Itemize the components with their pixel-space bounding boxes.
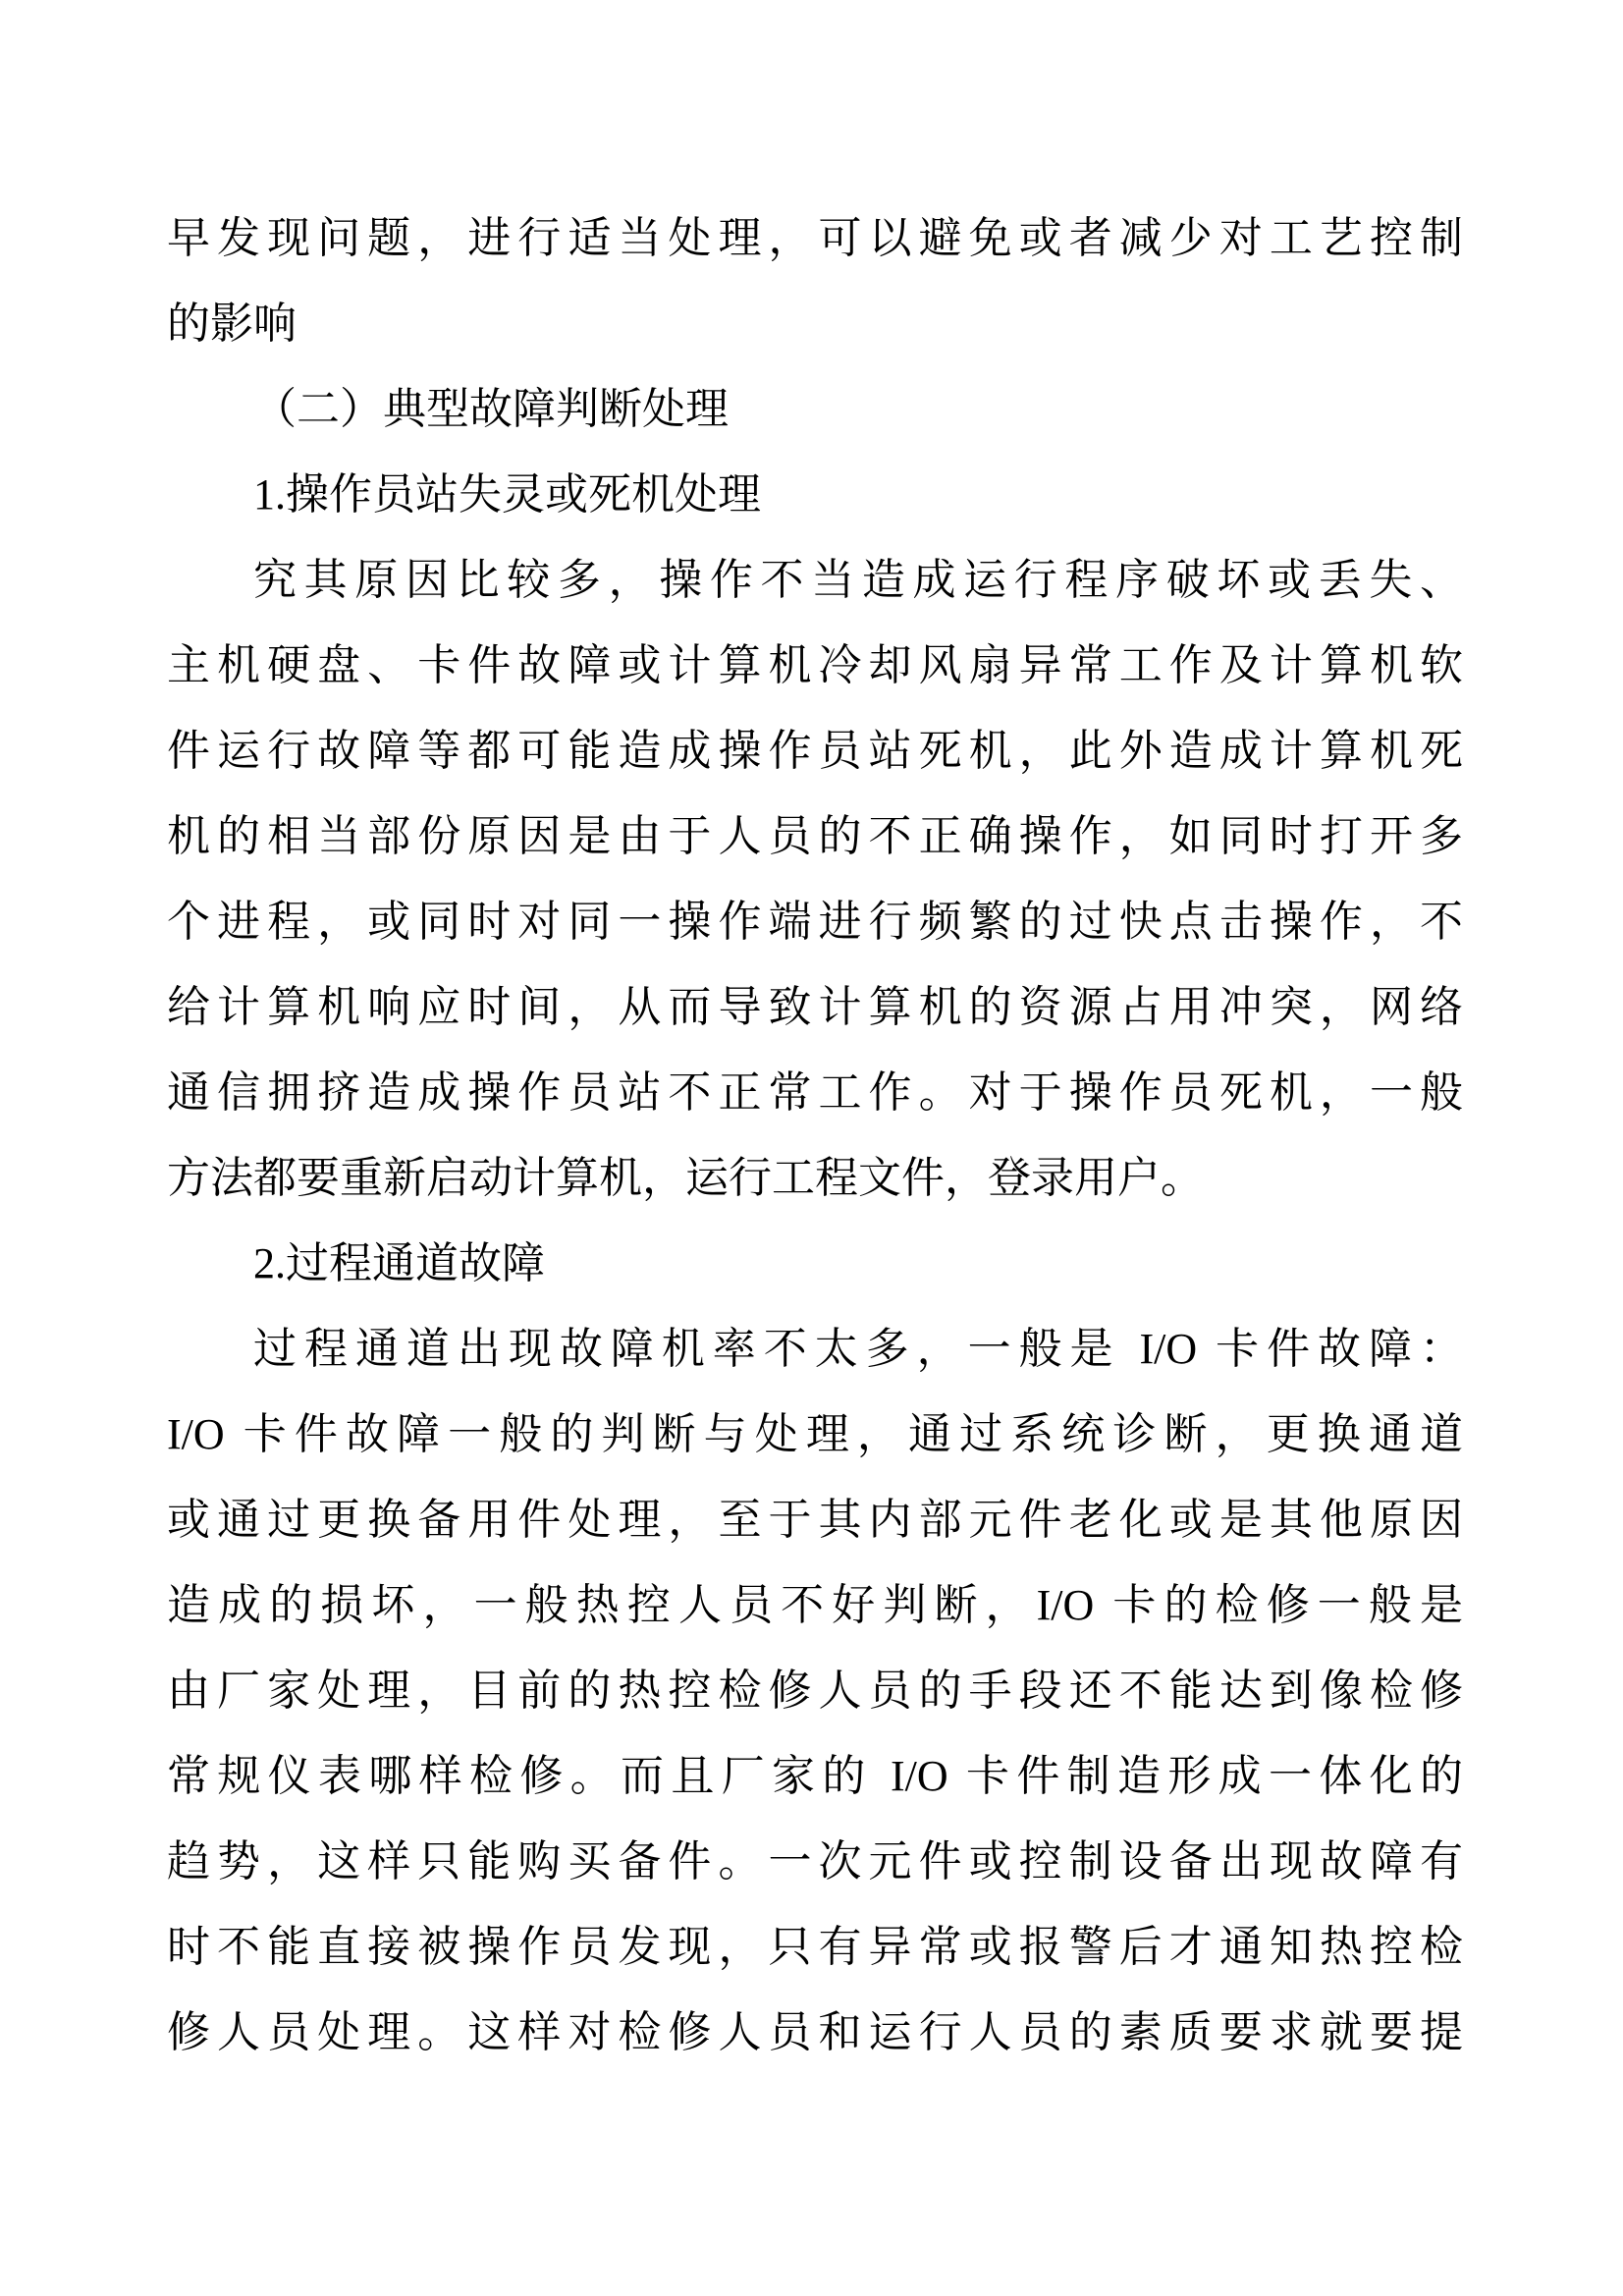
- text-line: 方法都要重新启动计算机，运行工程文件，登录用户。: [167, 1135, 1463, 1221]
- text-line: I/O 卡件故障一般的判断与处理，通过系统诊断，更换通道: [167, 1392, 1463, 1477]
- text-line: 个进程，或同时对同一操作端进行频繁的过快点击操作，不: [167, 879, 1463, 964]
- text-line: 的影响: [167, 281, 1463, 366]
- text-line: 趋势，这样只能购买备件。一次元件或控制设备出现故障有: [167, 1819, 1463, 1904]
- text-line: 究其原因比较多，操作不当造成运行程序破坏或丢失、: [167, 537, 1463, 623]
- text-line: 造成的损坏，一般热控人员不好判断，I/O 卡的检修一般是: [167, 1562, 1463, 1648]
- text-line: 通信拥挤造成操作员站不正常工作。对于操作员死机，一般: [167, 1050, 1463, 1135]
- text-line: 给计算机响应时间，从而导致计算机的资源占用冲突，网络: [167, 964, 1463, 1050]
- text-line: （二）典型故障判断处理: [167, 366, 1463, 452]
- text-line: 机的相当部份原因是由于人员的不正确操作，如同时打开多: [167, 793, 1463, 879]
- document-text-body: 早发现问题，进行适当处理，可以避免或者减少对工艺控制的影响（二）典型故障判断处理…: [167, 195, 1463, 2075]
- text-line: 修人员处理。这样对检修人员和运行人员的素质要求就要提: [167, 1990, 1463, 2075]
- text-line: 1.操作员站失灵或死机处理: [167, 452, 1463, 537]
- document-page: 早发现问题，进行适当处理，可以避免或者减少对工艺控制的影响（二）典型故障判断处理…: [0, 0, 1623, 2296]
- text-line: 件运行故障等都可能造成操作员站死机，此外造成计算机死: [167, 708, 1463, 793]
- text-line: 时不能直接被操作员发现，只有异常或报警后才通知热控检: [167, 1904, 1463, 1990]
- text-line: 常规仪表哪样检修。而且厂家的 I/O 卡件制造形成一体化的: [167, 1733, 1463, 1819]
- text-line: 2.过程通道故障: [167, 1221, 1463, 1306]
- text-line: 主机硬盘、卡件故障或计算机冷却风扇异常工作及计算机软: [167, 623, 1463, 708]
- text-line: 由厂家处理，目前的热控检修人员的手段还不能达到像检修: [167, 1648, 1463, 1733]
- text-line: 或通过更换备用件处理，至于其内部元件老化或是其他原因: [167, 1477, 1463, 1562]
- text-line: 早发现问题，进行适当处理，可以避免或者减少对工艺控制: [167, 195, 1463, 281]
- text-line: 过程通道出现故障机率不太多，一般是 I/O 卡件故障：: [167, 1306, 1463, 1392]
